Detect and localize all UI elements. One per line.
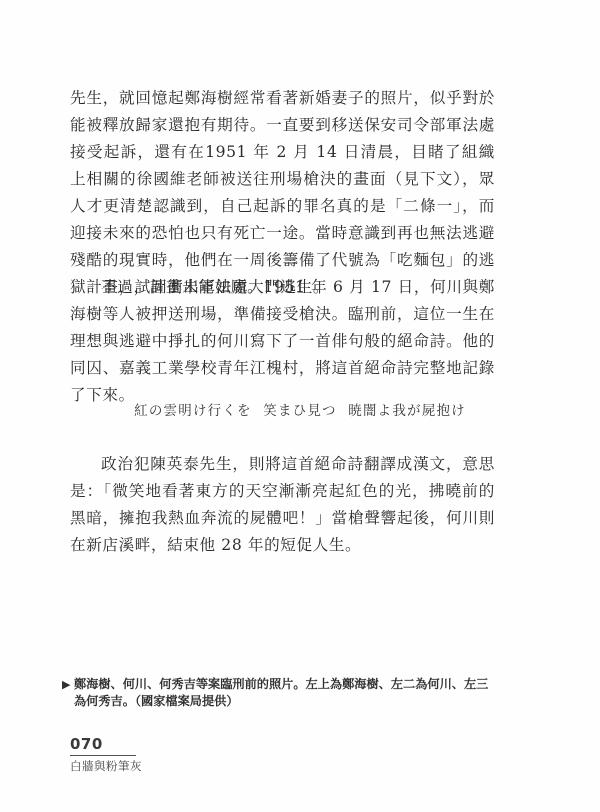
death-poem: 紅の雲明け行くを 笑まひ見つ 暁闇よ我が屍抱け bbox=[0, 399, 600, 419]
book-title: 白牆與粉筆灰 bbox=[70, 758, 150, 774]
page-footer: 070 白牆與粉筆灰 bbox=[70, 736, 150, 774]
paragraph-3: 政治犯陳英泰先生，則將這首絕命詩翻譯成漢文，意思是：「微笑地看著東方的天空漸漸亮… bbox=[70, 451, 495, 559]
caption-text: 鄭海樹、何川、何秀吉等案臨刑前的照片。左上為鄭海樹、左二為何川、左三為何秀吉。（… bbox=[74, 677, 488, 708]
paragraph-1: 先生，就回憶起鄭海樹經常看著新婚妻子的照片，似乎對於能被釋放歸家還抱有期待。一直… bbox=[70, 85, 495, 301]
book-page: 先生，就回憶起鄭海樹經常看著新婚妻子的照片，似乎對於能被釋放歸家還抱有期待。一直… bbox=[0, 0, 600, 812]
paragraph-2: 不過，計畫未能如願。1951 年 6 月 17 日，何川與鄭海樹等人被押送刑場，… bbox=[70, 274, 495, 409]
triangle-marker-icon: ▶ bbox=[62, 677, 74, 693]
poem-line-2: 笑まひ見つ bbox=[263, 403, 337, 419]
photo-caption: ▶鄭海樹、何川、何秀吉等案臨刑前的照片。左上為鄭海樹、左二為何川、左三為何秀吉。… bbox=[62, 676, 494, 709]
poem-line-3: 暁闇よ我が屍抱け bbox=[348, 403, 466, 419]
poem-line-1: 紅の雲明け行くを bbox=[134, 403, 252, 419]
page-number: 070 bbox=[70, 736, 136, 756]
